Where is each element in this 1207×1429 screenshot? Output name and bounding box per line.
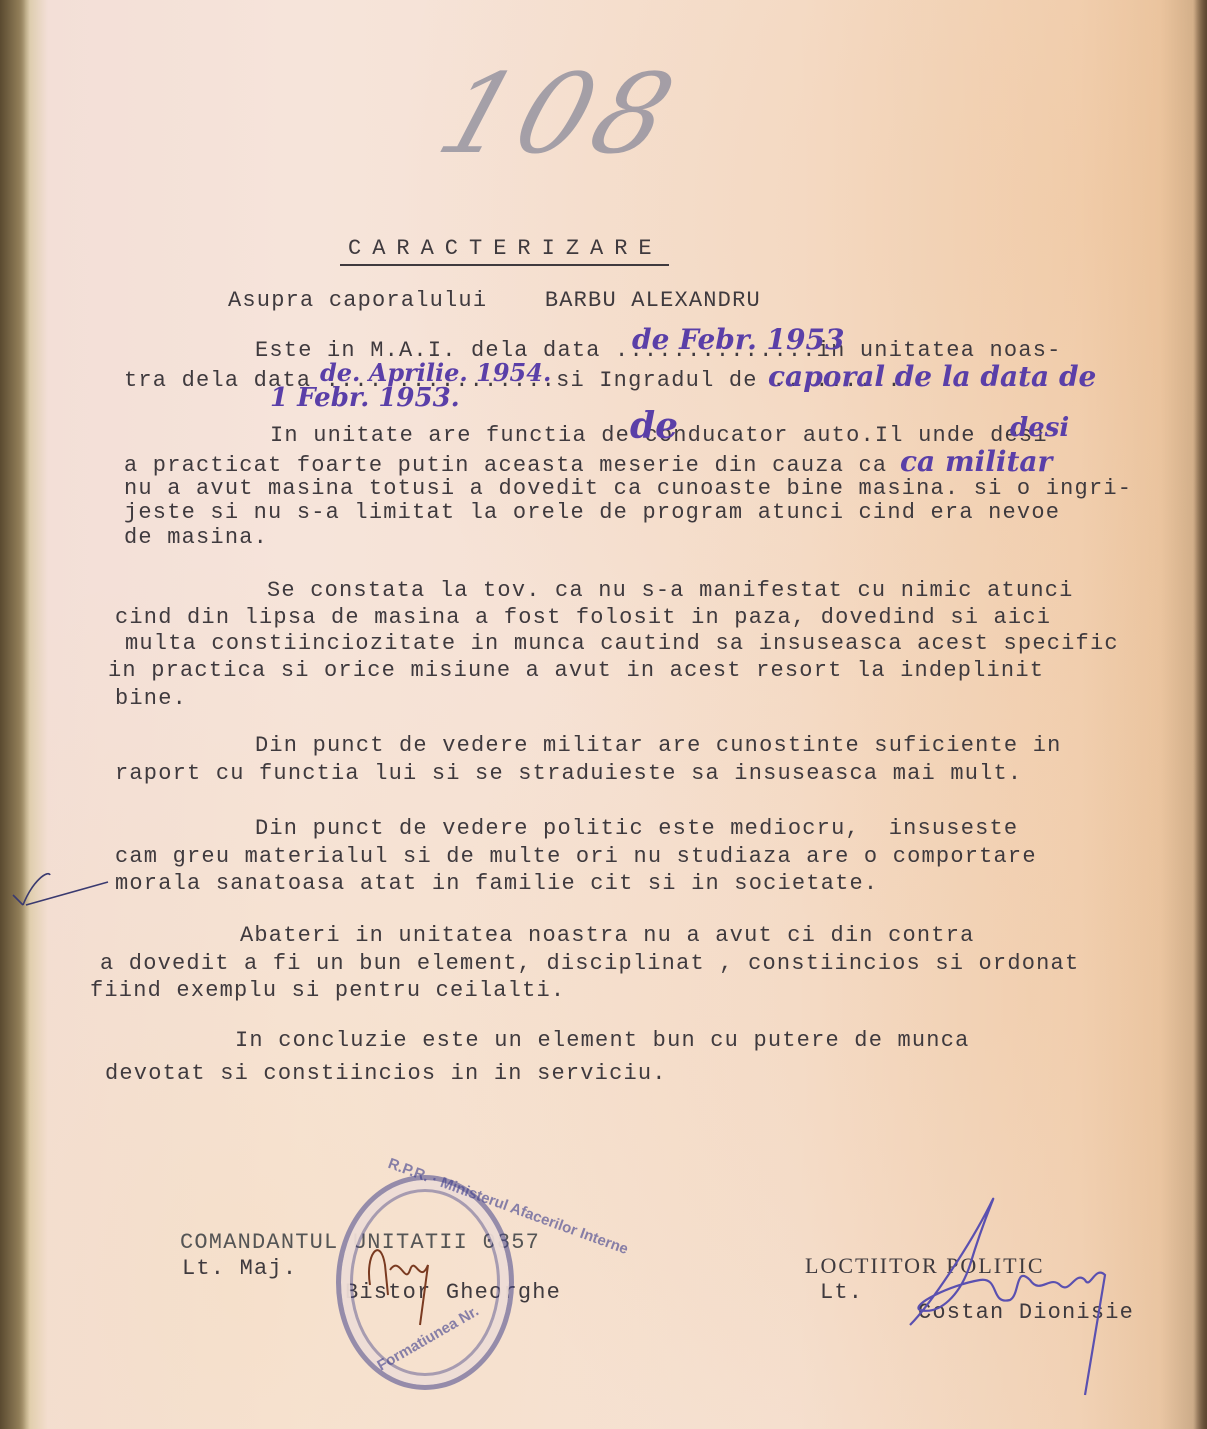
document-line: Din punct de vedere politic este mediocr… — [255, 818, 1018, 840]
document-line: in practica si orice misiune a avut in a… — [108, 660, 1044, 682]
document-title: CARACTERIZARE — [340, 238, 669, 266]
document-line: cind din lipsa de masina a fost folosit … — [115, 607, 1051, 629]
document-line: fiind exemplu si pentru ceilalti. — [90, 980, 565, 1002]
document-line: a dovedit a fi un bun element, disciplin… — [100, 953, 1079, 975]
handwritten-note: de — [630, 405, 678, 447]
handwritten-note: 1 Febr. 1953. — [270, 383, 460, 413]
document-line: de masina. — [124, 527, 268, 549]
handwritten-note: de Febr. 1953 — [632, 323, 845, 356]
political-deputy-signature — [890, 1185, 1150, 1405]
document-line: a practicat foarte putin aceasta meserie… — [124, 455, 887, 477]
commander-signature — [360, 1225, 440, 1335]
document-line: bine. — [115, 688, 187, 710]
page-edge — [1193, 0, 1207, 1429]
binding-edge — [0, 0, 30, 1429]
document-line: nu a avut masina totusi a dovedit ca cun… — [124, 478, 1132, 500]
document-line: Din punct de vedere militar are cunostin… — [255, 735, 1062, 757]
folio-number: 108 — [424, 50, 694, 178]
commander-rank: Lt. Maj. — [182, 1258, 297, 1280]
document-line: Abateri in unitatea noastra nu a avut ci… — [240, 925, 975, 947]
document-line: multa constiinciozitate in munca cautind… — [125, 633, 1119, 655]
handwritten-note: ca militar — [900, 445, 1052, 478]
document-line: cam greu materialul si de multe ori nu s… — [115, 846, 1037, 868]
political-deputy-rank: Lt. — [820, 1282, 863, 1304]
handwritten-note: desi — [1010, 413, 1069, 443]
handwritten-note: caporal de la data de — [768, 360, 1096, 393]
document-line: jeste si nu s-a limitat la orele de prog… — [124, 502, 1060, 524]
document-line: In concluzie este un element bun cu pute… — [235, 1030, 970, 1052]
document-line: Se constata la tov. ca nu s-a manifestat… — [267, 580, 1074, 602]
document-line: morala sanatoasa atat in familie cit si … — [115, 873, 878, 895]
document-line: raport cu functia lui si se straduieste … — [115, 763, 1022, 785]
subject-line: Asupra caporalului BARBU ALEXANDRU — [228, 290, 761, 312]
margin-check-mark — [8, 860, 118, 920]
document-line: devotat si constiincios in in serviciu. — [105, 1063, 667, 1085]
